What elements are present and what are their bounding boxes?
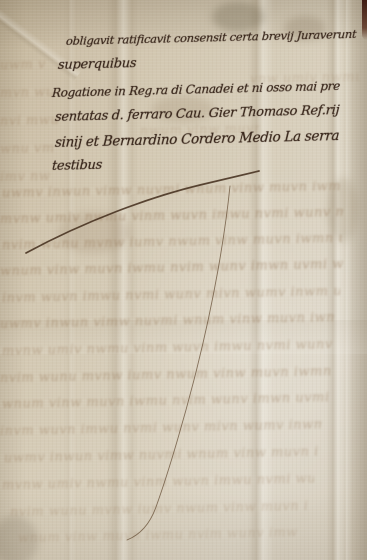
curved-pen-stroke	[26, 171, 259, 253]
hairline-pen-stroke	[127, 186, 230, 540]
pen-strokes-overlay	[0, 0, 367, 560]
manuscript-photo: uwm vnim wmvn wuvi nnvi mwun vwnu vmin w…	[0, 0, 367, 560]
dark-corner-sliver	[362, 0, 367, 40]
